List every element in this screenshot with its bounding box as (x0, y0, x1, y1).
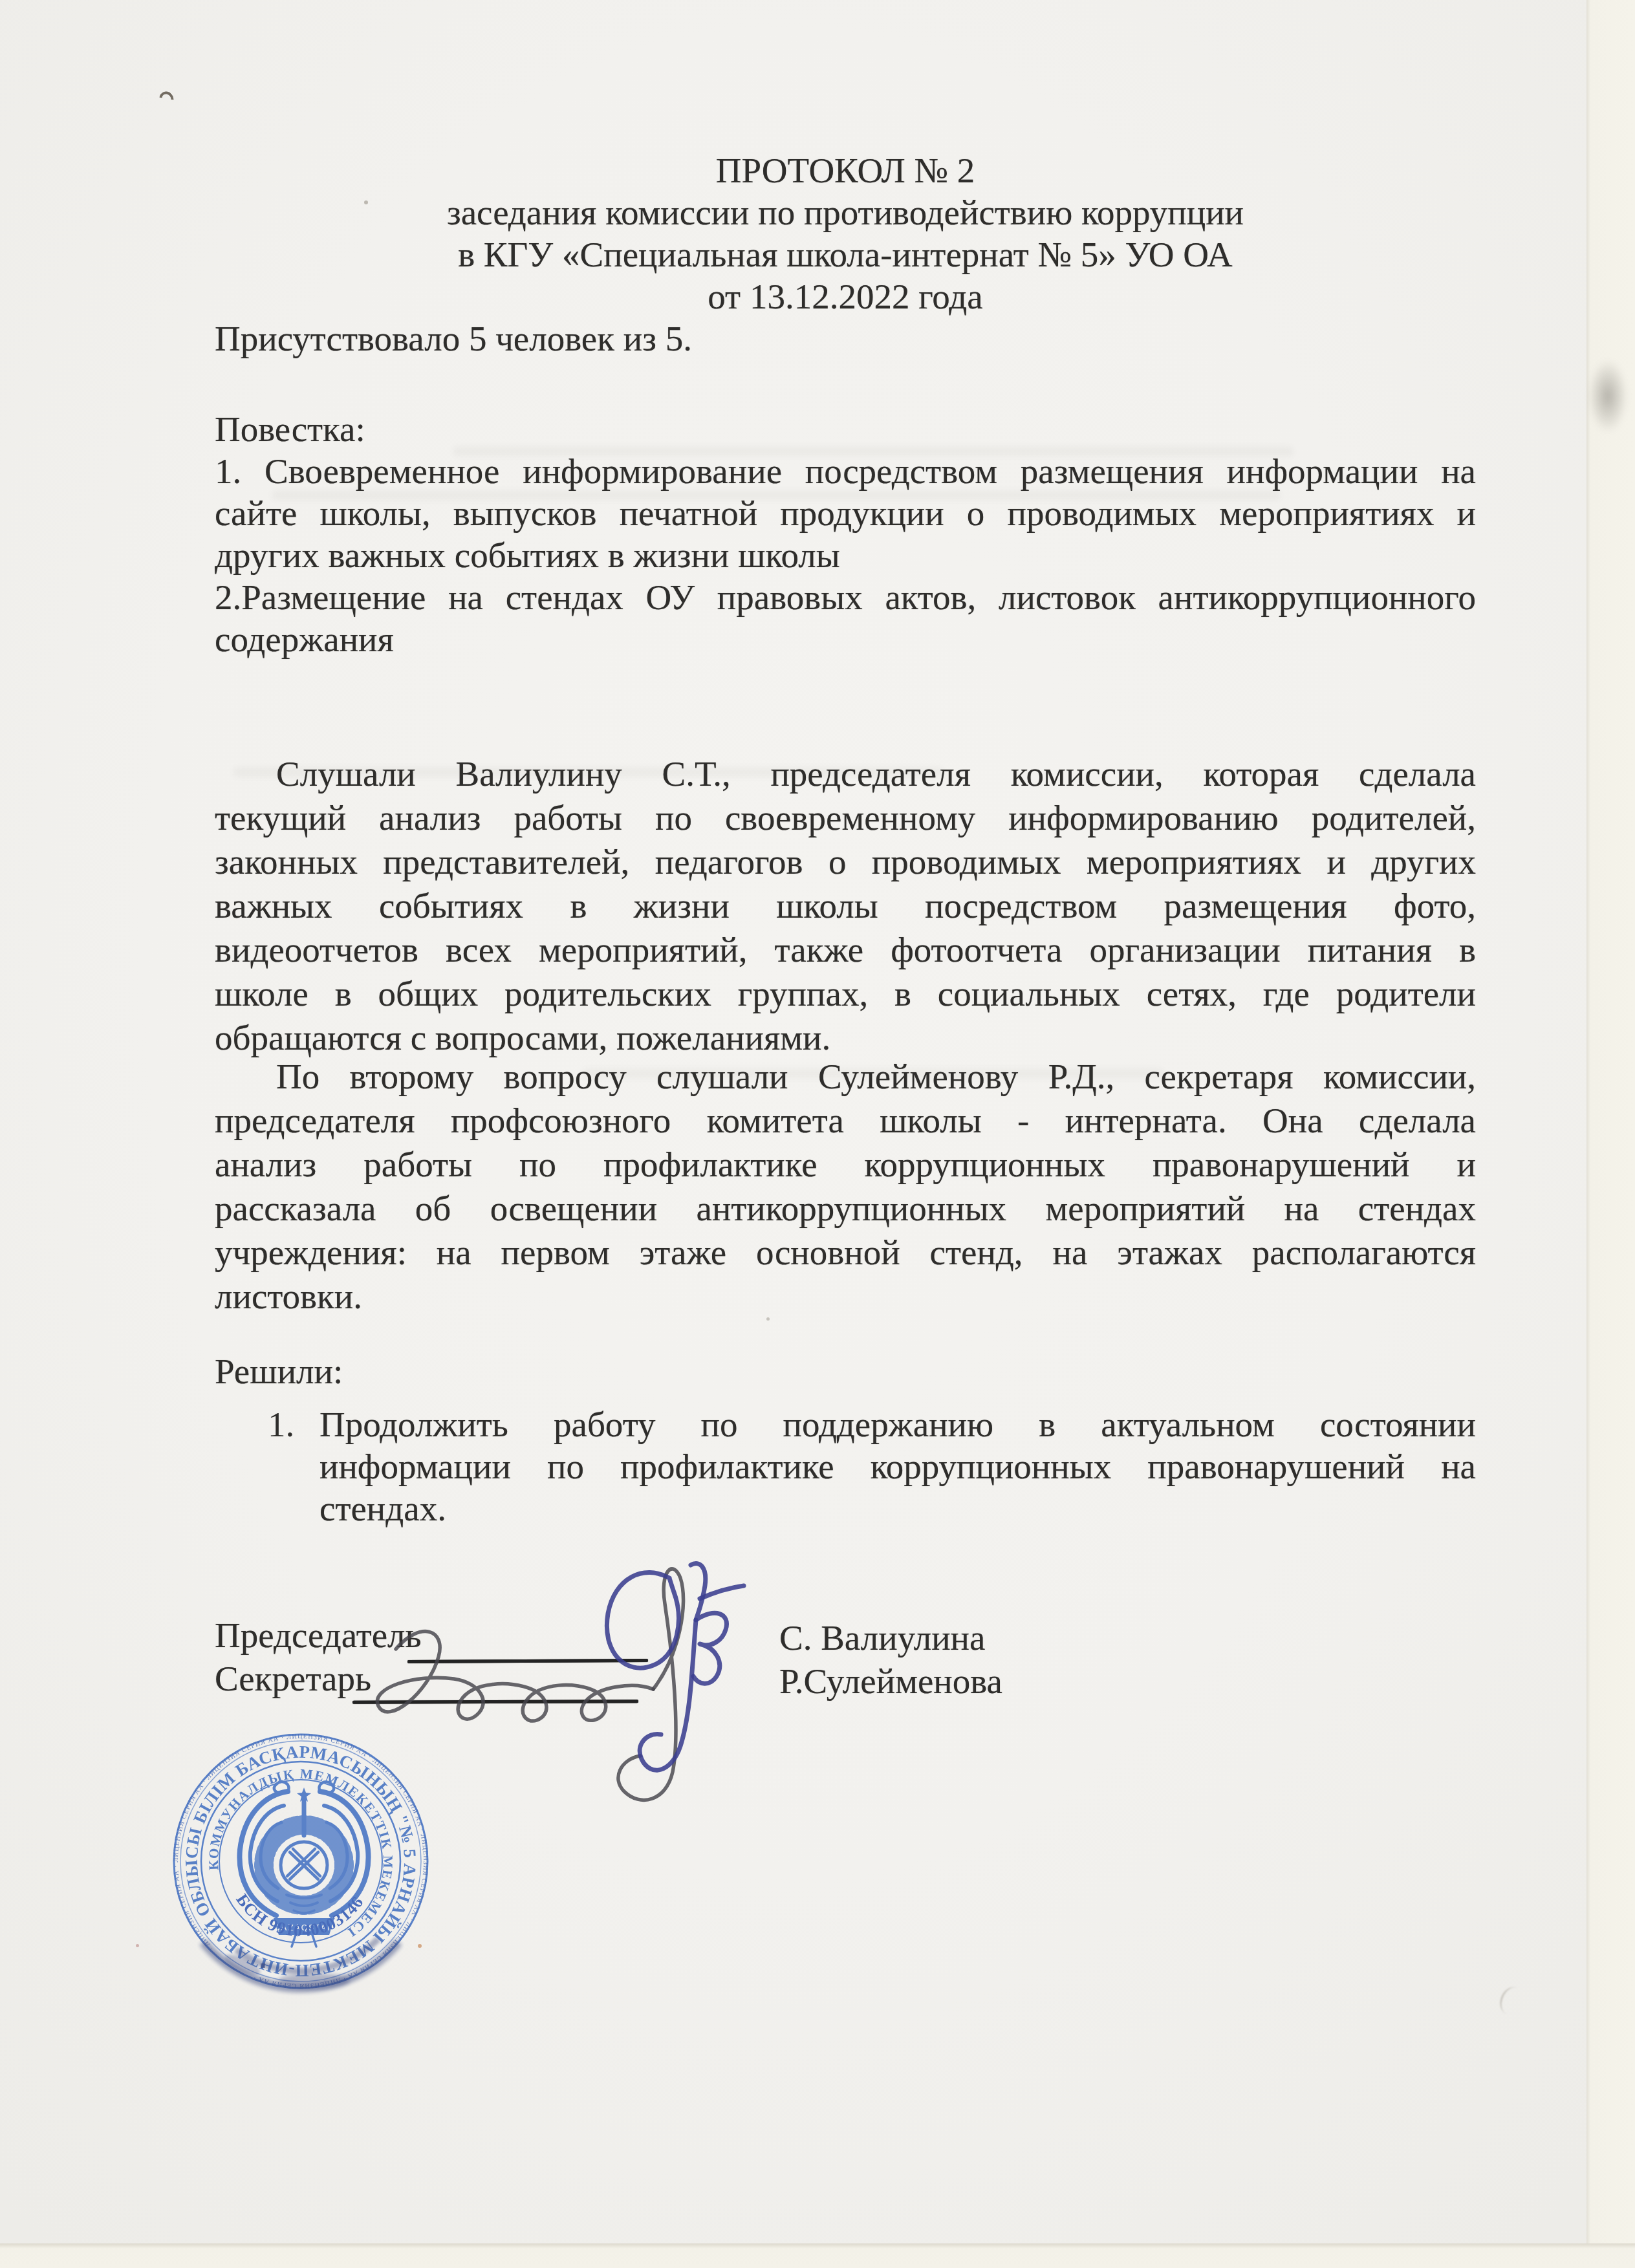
paragraph-line: обращаются с вопросами, пожеланиями. (215, 1016, 1476, 1060)
paragraph-line: анализ работы по профилактике коррупцион… (215, 1143, 1476, 1187)
paper-speck (157, 89, 177, 109)
resolution-line: Продолжить работу по поддержанию в актуа… (319, 1403, 1476, 1445)
resolution-item-number: 1. (268, 1403, 294, 1445)
paragraph-line: листовки. (215, 1275, 1476, 1319)
paragraph-line: рассказала об освещении антикоррупционны… (215, 1187, 1476, 1231)
paper-speck (136, 1944, 139, 1947)
paper-speck (418, 1944, 422, 1948)
paragraph-line: учреждения: на первом этаже основной сте… (215, 1231, 1476, 1275)
paper-speck (766, 1317, 770, 1321)
header-date-line: от 13.12.2022 года (215, 275, 1476, 318)
agenda-item-line: других важных событиях в жизни школы (215, 534, 1476, 576)
paragraph-line: законных представителей, педагогов о про… (215, 840, 1476, 884)
scanner-background-bottom (0, 2243, 1635, 2268)
official-stamp: · ЛИЦЕНЗИЯ СЕРИЯ АА · ЛИЦЕНЗИЯ СЕРИЯ АА … (165, 1725, 437, 1997)
resolution-line: информации по профилактике коррупционных… (319, 1445, 1476, 1487)
paragraph-line: По второму вопросу слушали Сулейменову Р… (215, 1055, 1476, 1099)
paragraph-line: председателя профсоюзного комитета школы… (215, 1099, 1476, 1143)
resolution-line: стендах. (319, 1487, 1476, 1529)
paper-speck (364, 200, 368, 204)
paragraph-line: школе в общих родительских группах, в со… (215, 972, 1476, 1016)
document-header: ПРОТОКОЛ № 2 заседания комиссии по проти… (215, 149, 1476, 360)
body-paragraph-1: Слушали Валиулину С.Т., председателя ком… (215, 752, 1476, 1060)
resolution-section: Решили: (215, 1350, 1476, 1392)
paragraph-line: важных событиях в жизни школы посредство… (215, 884, 1476, 928)
scanner-smudge (1588, 359, 1628, 433)
paragraph-line: Слушали Валиулину С.Т., председателя ком… (215, 752, 1476, 796)
header-subtitle-1: заседания комиссии по противодействию ко… (215, 191, 1476, 233)
body-paragraph-2: По второму вопросу слушали Сулейменову Р… (215, 1055, 1476, 1319)
agenda-section: Повестка: 1. Своевременное информировани… (215, 408, 1476, 660)
paper-fiber-mark (1496, 1983, 1528, 2018)
attendance-line: Присутствовало 5 человек из 5. (215, 318, 1476, 360)
paragraph-line: видеоотчетов всех мероприятий, также фот… (215, 928, 1476, 972)
scanned-protocol-page: ПРОТОКОЛ № 2 заседания комиссии по проти… (0, 0, 1635, 2268)
scanner-background-right (1586, 0, 1635, 2268)
header-subtitle-2: в КГУ «Специальная школа-интернат № 5» У… (215, 233, 1476, 275)
resolution-item: 1. Продолжить работу по поддержанию в ак… (319, 1403, 1476, 1529)
agenda-item-line: сайте школы, выпусков печатной продукции… (215, 492, 1476, 534)
agenda-item-line: содержания (215, 618, 1476, 660)
page-title: ПРОТОКОЛ № 2 (215, 149, 1476, 191)
paragraph-line: текущий анализ работы по своевременному … (215, 796, 1476, 840)
agenda-item-line: 2.Размещение на стендах ОУ правовых акто… (215, 576, 1476, 618)
resolution-label: Решили: (215, 1350, 1476, 1392)
agenda-item-line: 1. Своевременное информирование посредст… (215, 450, 1476, 492)
agenda-label: Повестка: (215, 408, 1476, 450)
